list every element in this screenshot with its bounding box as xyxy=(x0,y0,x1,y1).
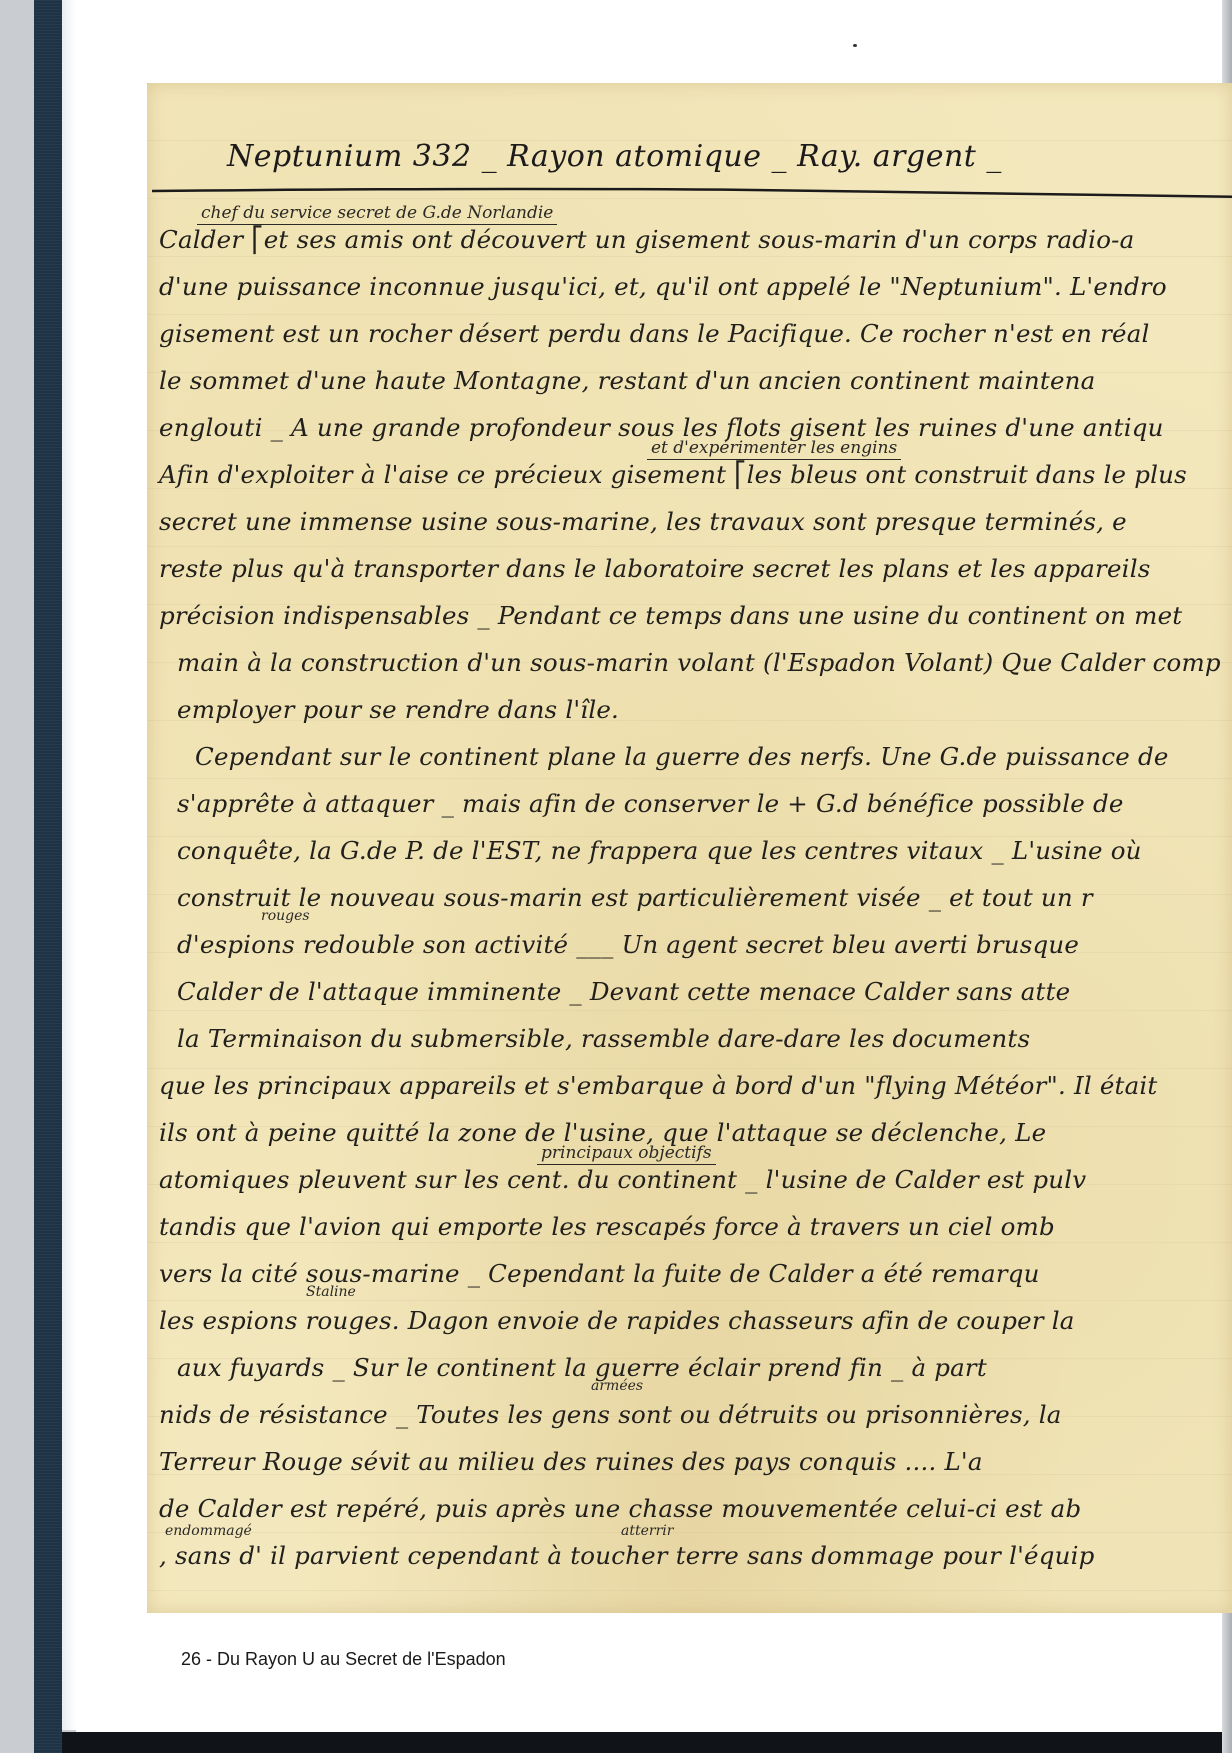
book-scan: Neptunium 332 _ Rayon atomique _ Ray. ar… xyxy=(0,0,1232,1753)
page-edge xyxy=(62,0,76,1730)
dust-speck xyxy=(853,44,857,47)
bottom-shadow xyxy=(62,1732,1222,1753)
page-caption: 26 - Du Rayon U au Secret de l'Espadon xyxy=(181,1649,506,1670)
manuscript-lower-lines xyxy=(147,83,1232,1613)
book-binding xyxy=(34,0,62,1753)
